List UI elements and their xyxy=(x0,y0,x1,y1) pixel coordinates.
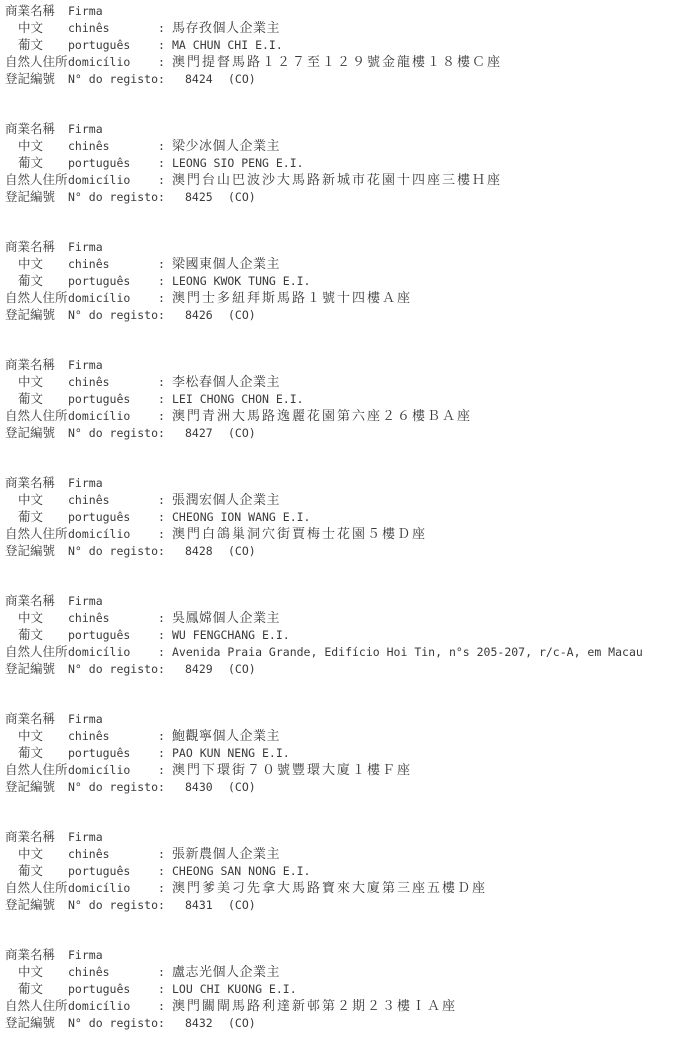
domicile-row: 自然人住所 domicílio : 澳門關閘馬路利達新邨第２期２３樓ＩＡ座 xyxy=(5,997,684,1014)
firm-header-row: 商業名稱 Firma xyxy=(5,120,684,137)
registry-type-code: (CO) xyxy=(228,661,256,678)
registry-document: 商業名稱 Firma 中文 chinês : 馬存孜個人企業主 葡文 portu… xyxy=(0,0,684,1031)
chinese-name-value: 梁少冰個人企業主 xyxy=(172,138,280,155)
registry-label-zh: 登記編號 xyxy=(5,424,68,441)
domicile-label-pt: domicílio xyxy=(68,526,158,543)
domicile-row: 自然人住所 domicílio : 澳門青洲大馬路逸麗花園第六座２６樓ＢＡ座 xyxy=(5,407,684,424)
registry-type-code: (CO) xyxy=(228,425,256,442)
domicile-label-pt: domicílio xyxy=(68,880,158,897)
portuguese-label-pt: português xyxy=(68,273,158,290)
firm-label-zh: 商業名稱 xyxy=(5,474,68,491)
domicile-row: 自然人住所 domicílio : 澳門白鴿巢洞穴街賈梅士花園５樓Ｄ座 xyxy=(5,525,684,542)
domicile-value: 澳門台山巴波沙大馬路新城市花園十四座三樓Ｈ座 xyxy=(172,172,502,189)
registry-label-zh: 登記編號 xyxy=(5,1014,68,1031)
chinese-label-pt: chinês xyxy=(68,846,158,863)
chinese-name-value: 盧志光個人企業主 xyxy=(172,964,280,981)
portuguese-label-zh: 葡文 xyxy=(5,390,68,407)
portuguese-name-row: 葡文 português : CHEONG SAN NONG E.I. xyxy=(5,862,684,879)
registry-label-pt: N° do registo: xyxy=(68,897,185,914)
registry-entry: 商業名稱 Firma 中文 chinês : 張潤宏個人企業主 葡文 portu… xyxy=(5,474,684,559)
registry-number: 8428 xyxy=(185,543,228,560)
registry-entry: 商業名稱 Firma 中文 chinês : 吳鳳嫦個人企業主 葡文 portu… xyxy=(5,592,684,677)
registry-number: 8427 xyxy=(185,425,228,442)
colon-separator: : xyxy=(158,37,172,54)
chinese-name-row: 中文 chinês : 鮑觀寧個人企業主 xyxy=(5,727,684,744)
colon-separator: : xyxy=(158,644,172,661)
colon-separator: : xyxy=(158,863,172,880)
domicile-row: 自然人住所 domicílio : 澳門下環街７０號豐環大廈１樓Ｆ座 xyxy=(5,761,684,778)
registry-type-code: (CO) xyxy=(228,71,256,88)
registry-label-pt: N° do registo: xyxy=(68,71,185,88)
domicile-label-zh: 自然人住所 xyxy=(5,407,68,424)
registry-entry: 商業名稱 Firma 中文 chinês : 鮑觀寧個人企業主 葡文 portu… xyxy=(5,710,684,795)
registry-number-row: 登記編號 N° do registo: 8432 (CO) xyxy=(5,1014,684,1031)
portuguese-name-value: LEONG SIO PENG E.I. xyxy=(172,155,304,172)
registry-number-row: 登記編號 N° do registo: 8431 (CO) xyxy=(5,896,684,913)
registry-label-zh: 登記編號 xyxy=(5,660,68,677)
chinese-name-value: 張潤宏個人企業主 xyxy=(172,492,280,509)
registry-number-row: 登記編號 N° do registo: 8427 (CO) xyxy=(5,424,684,441)
registry-number: 8432 xyxy=(185,1015,228,1032)
firm-label-zh: 商業名稱 xyxy=(5,120,68,137)
colon-separator: : xyxy=(158,509,172,526)
portuguese-name-row: 葡文 português : LOU CHI KUONG E.I. xyxy=(5,980,684,997)
domicile-label-zh: 自然人住所 xyxy=(5,879,68,896)
firm-header-row: 商業名稱 Firma xyxy=(5,828,684,845)
firm-header-row: 商業名稱 Firma xyxy=(5,710,684,727)
registry-label-pt: N° do registo: xyxy=(68,425,185,442)
firm-label-pt: Firma xyxy=(68,711,158,728)
colon-separator: : xyxy=(158,745,172,762)
portuguese-label-zh: 葡文 xyxy=(5,36,68,53)
portuguese-name-row: 葡文 português : PAO KUN NENG E.I. xyxy=(5,744,684,761)
registry-number-row: 登記編號 N° do registo: 8429 (CO) xyxy=(5,660,684,677)
colon-separator: : xyxy=(158,408,172,425)
firm-header-row: 商業名稱 Firma xyxy=(5,356,684,373)
firm-label-zh: 商業名稱 xyxy=(5,238,68,255)
portuguese-name-value: CHEONG SAN NONG E.I. xyxy=(172,863,310,880)
colon-separator: : xyxy=(158,627,172,644)
registry-number-row: 登記編號 N° do registo: 8425 (CO) xyxy=(5,188,684,205)
portuguese-name-row: 葡文 português : LEONG SIO PENG E.I. xyxy=(5,154,684,171)
registry-number-row: 登記編號 N° do registo: 8426 (CO) xyxy=(5,306,684,323)
chinese-label-pt: chinês xyxy=(68,492,158,509)
firm-label-pt: Firma xyxy=(68,829,158,846)
registry-type-code: (CO) xyxy=(228,897,256,914)
chinese-label-pt: chinês xyxy=(68,138,158,155)
chinese-label-pt: chinês xyxy=(68,374,158,391)
portuguese-label-pt: português xyxy=(68,863,158,880)
domicile-label-zh: 自然人住所 xyxy=(5,525,68,542)
registry-type-code: (CO) xyxy=(228,779,256,796)
colon-separator: : xyxy=(158,391,172,408)
domicile-value: 澳門下環街７０號豐環大廈１樓Ｆ座 xyxy=(172,762,412,779)
firm-header-row: 商業名稱 Firma xyxy=(5,946,684,963)
colon-separator: : xyxy=(158,526,172,543)
portuguese-label-zh: 葡文 xyxy=(5,626,68,643)
registry-label-zh: 登記編號 xyxy=(5,306,68,323)
domicile-label-pt: domicílio xyxy=(68,290,158,307)
domicile-label-zh: 自然人住所 xyxy=(5,53,68,70)
registry-type-code: (CO) xyxy=(228,543,256,560)
colon-separator: : xyxy=(158,981,172,998)
colon-separator: : xyxy=(158,880,172,897)
firm-label-pt: Firma xyxy=(68,947,158,964)
registry-label-pt: N° do registo: xyxy=(68,189,185,206)
registry-number-row: 登記編號 N° do registo: 8430 (CO) xyxy=(5,778,684,795)
domicile-label-zh: 自然人住所 xyxy=(5,289,68,306)
portuguese-label-pt: português xyxy=(68,745,158,762)
colon-separator: : xyxy=(158,374,172,391)
chinese-name-row: 中文 chinês : 梁少冰個人企業主 xyxy=(5,137,684,154)
domicile-row: 自然人住所 domicílio : 澳門爹美刁先拿大馬路寶來大廈第三座五樓Ｄ座 xyxy=(5,879,684,896)
colon-separator: : xyxy=(158,964,172,981)
domicile-label-pt: domicílio xyxy=(68,998,158,1015)
portuguese-label-pt: português xyxy=(68,509,158,526)
firm-label-pt: Firma xyxy=(68,121,158,138)
registry-number: 8429 xyxy=(185,661,228,678)
chinese-name-value: 張新農個人企業主 xyxy=(172,846,280,863)
chinese-name-row: 中文 chinês : 張潤宏個人企業主 xyxy=(5,491,684,508)
chinese-name-value: 馬存孜個人企業主 xyxy=(172,20,280,37)
registry-number: 8424 xyxy=(185,71,228,88)
chinese-label-zh: 中文 xyxy=(5,609,68,626)
firm-label-zh: 商業名稱 xyxy=(5,592,68,609)
registry-number-row: 登記編號 N° do registo: 8424 (CO) xyxy=(5,70,684,87)
registry-label-zh: 登記編號 xyxy=(5,778,68,795)
registry-entry: 商業名稱 Firma 中文 chinês : 張新農個人企業主 葡文 portu… xyxy=(5,828,684,913)
registry-entry: 商業名稱 Firma 中文 chinês : 梁少冰個人企業主 葡文 portu… xyxy=(5,120,684,205)
domicile-row: 自然人住所 domicílio : 澳門台山巴波沙大馬路新城市花園十四座三樓Ｈ座 xyxy=(5,171,684,188)
firm-header-row: 商業名稱 Firma xyxy=(5,2,684,19)
registry-label-zh: 登記編號 xyxy=(5,542,68,559)
domicile-value: 澳門士多紐拜斯馬路１號十四樓Ａ座 xyxy=(172,290,412,307)
domicile-label-pt: domicílio xyxy=(68,172,158,189)
domicile-value: 澳門爹美刁先拿大馬路寶來大廈第三座五樓Ｄ座 xyxy=(172,880,487,897)
registry-type-code: (CO) xyxy=(228,189,256,206)
chinese-label-zh: 中文 xyxy=(5,491,68,508)
portuguese-label-pt: português xyxy=(68,981,158,998)
registry-entry: 商業名稱 Firma 中文 chinês : 李松春個人企業主 葡文 portu… xyxy=(5,356,684,441)
colon-separator: : xyxy=(158,172,172,189)
registry-label-pt: N° do registo: xyxy=(68,1015,185,1032)
colon-separator: : xyxy=(158,610,172,627)
domicile-value: 澳門關閘馬路利達新邨第２期２３樓ＩＡ座 xyxy=(172,998,457,1015)
chinese-name-value: 梁國東個人企業主 xyxy=(172,256,280,273)
colon-separator: : xyxy=(158,20,172,37)
colon-separator: : xyxy=(158,54,172,71)
registry-type-code: (CO) xyxy=(228,307,256,324)
chinese-label-zh: 中文 xyxy=(5,373,68,390)
portuguese-label-zh: 葡文 xyxy=(5,744,68,761)
firm-label-pt: Firma xyxy=(68,3,158,20)
portuguese-label-zh: 葡文 xyxy=(5,508,68,525)
portuguese-name-value: CHEONG ION WANG E.I. xyxy=(172,509,310,526)
colon-separator: : xyxy=(158,138,172,155)
domicile-row: 自然人住所 domicílio : 澳門士多紐拜斯馬路１號十四樓Ａ座 xyxy=(5,289,684,306)
domicile-row: 自然人住所 domicílio : Avenida Praia Grande, … xyxy=(5,643,684,660)
domicile-label-pt: domicílio xyxy=(68,54,158,71)
domicile-label-zh: 自然人住所 xyxy=(5,761,68,778)
colon-separator: : xyxy=(158,273,172,290)
registry-entry: 商業名稱 Firma 中文 chinês : 盧志光個人企業主 葡文 portu… xyxy=(5,946,684,1031)
domicile-label-pt: domicílio xyxy=(68,762,158,779)
registry-number: 8425 xyxy=(185,189,228,206)
portuguese-name-row: 葡文 português : LEI CHONG CHON E.I. xyxy=(5,390,684,407)
chinese-label-pt: chinês xyxy=(68,256,158,273)
chinese-label-zh: 中文 xyxy=(5,137,68,154)
registry-label-zh: 登記編號 xyxy=(5,70,68,87)
portuguese-name-value: LOU CHI KUONG E.I. xyxy=(172,981,297,998)
portuguese-name-row: 葡文 português : MA CHUN CHI E.I. xyxy=(5,36,684,53)
domicile-value: 澳門提督馬路１２７至１２９號金龍樓１８樓Ｃ座 xyxy=(172,54,502,71)
portuguese-name-row: 葡文 português : CHEONG ION WANG E.I. xyxy=(5,508,684,525)
firm-header-row: 商業名稱 Firma xyxy=(5,474,684,491)
domicile-label-zh: 自然人住所 xyxy=(5,171,68,188)
firm-label-zh: 商業名稱 xyxy=(5,710,68,727)
registry-label-pt: N° do registo: xyxy=(68,543,185,560)
portuguese-label-pt: português xyxy=(68,155,158,172)
registry-label-zh: 登記編號 xyxy=(5,188,68,205)
firm-label-pt: Firma xyxy=(68,475,158,492)
portuguese-name-value: MA CHUN CHI E.I. xyxy=(172,37,283,54)
portuguese-name-value: PAO KUN NENG E.I. xyxy=(172,745,290,762)
portuguese-label-pt: português xyxy=(68,391,158,408)
chinese-label-zh: 中文 xyxy=(5,255,68,272)
domicile-value: 澳門白鴿巢洞穴街賈梅士花園５樓Ｄ座 xyxy=(172,526,427,543)
colon-separator: : xyxy=(158,290,172,307)
firm-label-zh: 商業名稱 xyxy=(5,828,68,845)
chinese-label-pt: chinês xyxy=(68,20,158,37)
chinese-label-pt: chinês xyxy=(68,964,158,981)
portuguese-name-value: LEONG KWOK TUNG E.I. xyxy=(172,273,310,290)
registry-number-row: 登記編號 N° do registo: 8428 (CO) xyxy=(5,542,684,559)
colon-separator: : xyxy=(158,155,172,172)
chinese-label-zh: 中文 xyxy=(5,727,68,744)
firm-label-pt: Firma xyxy=(68,593,158,610)
firm-label-zh: 商業名稱 xyxy=(5,946,68,963)
portuguese-label-zh: 葡文 xyxy=(5,154,68,171)
portuguese-label-zh: 葡文 xyxy=(5,980,68,997)
domicile-label-zh: 自然人住所 xyxy=(5,997,68,1014)
portuguese-name-row: 葡文 português : LEONG KWOK TUNG E.I. xyxy=(5,272,684,289)
chinese-name-row: 中文 chinês : 吳鳳嫦個人企業主 xyxy=(5,609,684,626)
firm-label-pt: Firma xyxy=(68,239,158,256)
chinese-name-row: 中文 chinês : 馬存孜個人企業主 xyxy=(5,19,684,36)
firm-header-row: 商業名稱 Firma xyxy=(5,238,684,255)
registry-entry: 商業名稱 Firma 中文 chinês : 梁國東個人企業主 葡文 portu… xyxy=(5,238,684,323)
portuguese-name-value: LEI CHONG CHON E.I. xyxy=(172,391,304,408)
registry-number: 8431 xyxy=(185,897,228,914)
chinese-label-pt: chinês xyxy=(68,610,158,627)
registry-label-pt: N° do registo: xyxy=(68,307,185,324)
firm-header-row: 商業名稱 Firma xyxy=(5,592,684,609)
portuguese-name-value: WU FENGCHANG E.I. xyxy=(172,627,290,644)
registry-number: 8426 xyxy=(185,307,228,324)
registry-label-zh: 登記編號 xyxy=(5,896,68,913)
domicile-label-pt: domicílio xyxy=(68,644,158,661)
colon-separator: : xyxy=(158,492,172,509)
colon-separator: : xyxy=(158,762,172,779)
portuguese-label-zh: 葡文 xyxy=(5,862,68,879)
colon-separator: : xyxy=(158,998,172,1015)
portuguese-label-pt: português xyxy=(68,627,158,644)
chinese-label-zh: 中文 xyxy=(5,19,68,36)
chinese-label-zh: 中文 xyxy=(5,845,68,862)
colon-separator: : xyxy=(158,256,172,273)
domicile-row: 自然人住所 domicílio : 澳門提督馬路１２７至１２９號金龍樓１８樓Ｃ座 xyxy=(5,53,684,70)
domicile-value: 澳門青洲大馬路逸麗花園第六座２６樓ＢＡ座 xyxy=(172,408,472,425)
portuguese-label-zh: 葡文 xyxy=(5,272,68,289)
chinese-name-row: 中文 chinês : 李松春個人企業主 xyxy=(5,373,684,390)
chinese-name-value: 鮑觀寧個人企業主 xyxy=(172,728,280,745)
chinese-name-row: 中文 chinês : 盧志光個人企業主 xyxy=(5,963,684,980)
firm-label-zh: 商業名稱 xyxy=(5,356,68,373)
domicile-value: Avenida Praia Grande, Edifício Hoi Tin, … xyxy=(172,644,643,661)
chinese-name-row: 中文 chinês : 張新農個人企業主 xyxy=(5,845,684,862)
colon-separator: : xyxy=(158,728,172,745)
registry-number: 8430 xyxy=(185,779,228,796)
domicile-label-zh: 自然人住所 xyxy=(5,643,68,660)
chinese-name-value: 吳鳳嫦個人企業主 xyxy=(172,610,280,627)
portuguese-label-pt: português xyxy=(68,37,158,54)
chinese-label-zh: 中文 xyxy=(5,963,68,980)
firm-label-zh: 商業名稱 xyxy=(5,2,68,19)
domicile-label-pt: domicílio xyxy=(68,408,158,425)
chinese-name-value: 李松春個人企業主 xyxy=(172,374,280,391)
registry-label-pt: N° do registo: xyxy=(68,661,185,678)
registry-label-pt: N° do registo: xyxy=(68,779,185,796)
registry-type-code: (CO) xyxy=(228,1015,256,1032)
firm-label-pt: Firma xyxy=(68,357,158,374)
chinese-name-row: 中文 chinês : 梁國東個人企業主 xyxy=(5,255,684,272)
registry-entry: 商業名稱 Firma 中文 chinês : 馬存孜個人企業主 葡文 portu… xyxy=(5,2,684,87)
chinese-label-pt: chinês xyxy=(68,728,158,745)
portuguese-name-row: 葡文 português : WU FENGCHANG E.I. xyxy=(5,626,684,643)
colon-separator: : xyxy=(158,846,172,863)
